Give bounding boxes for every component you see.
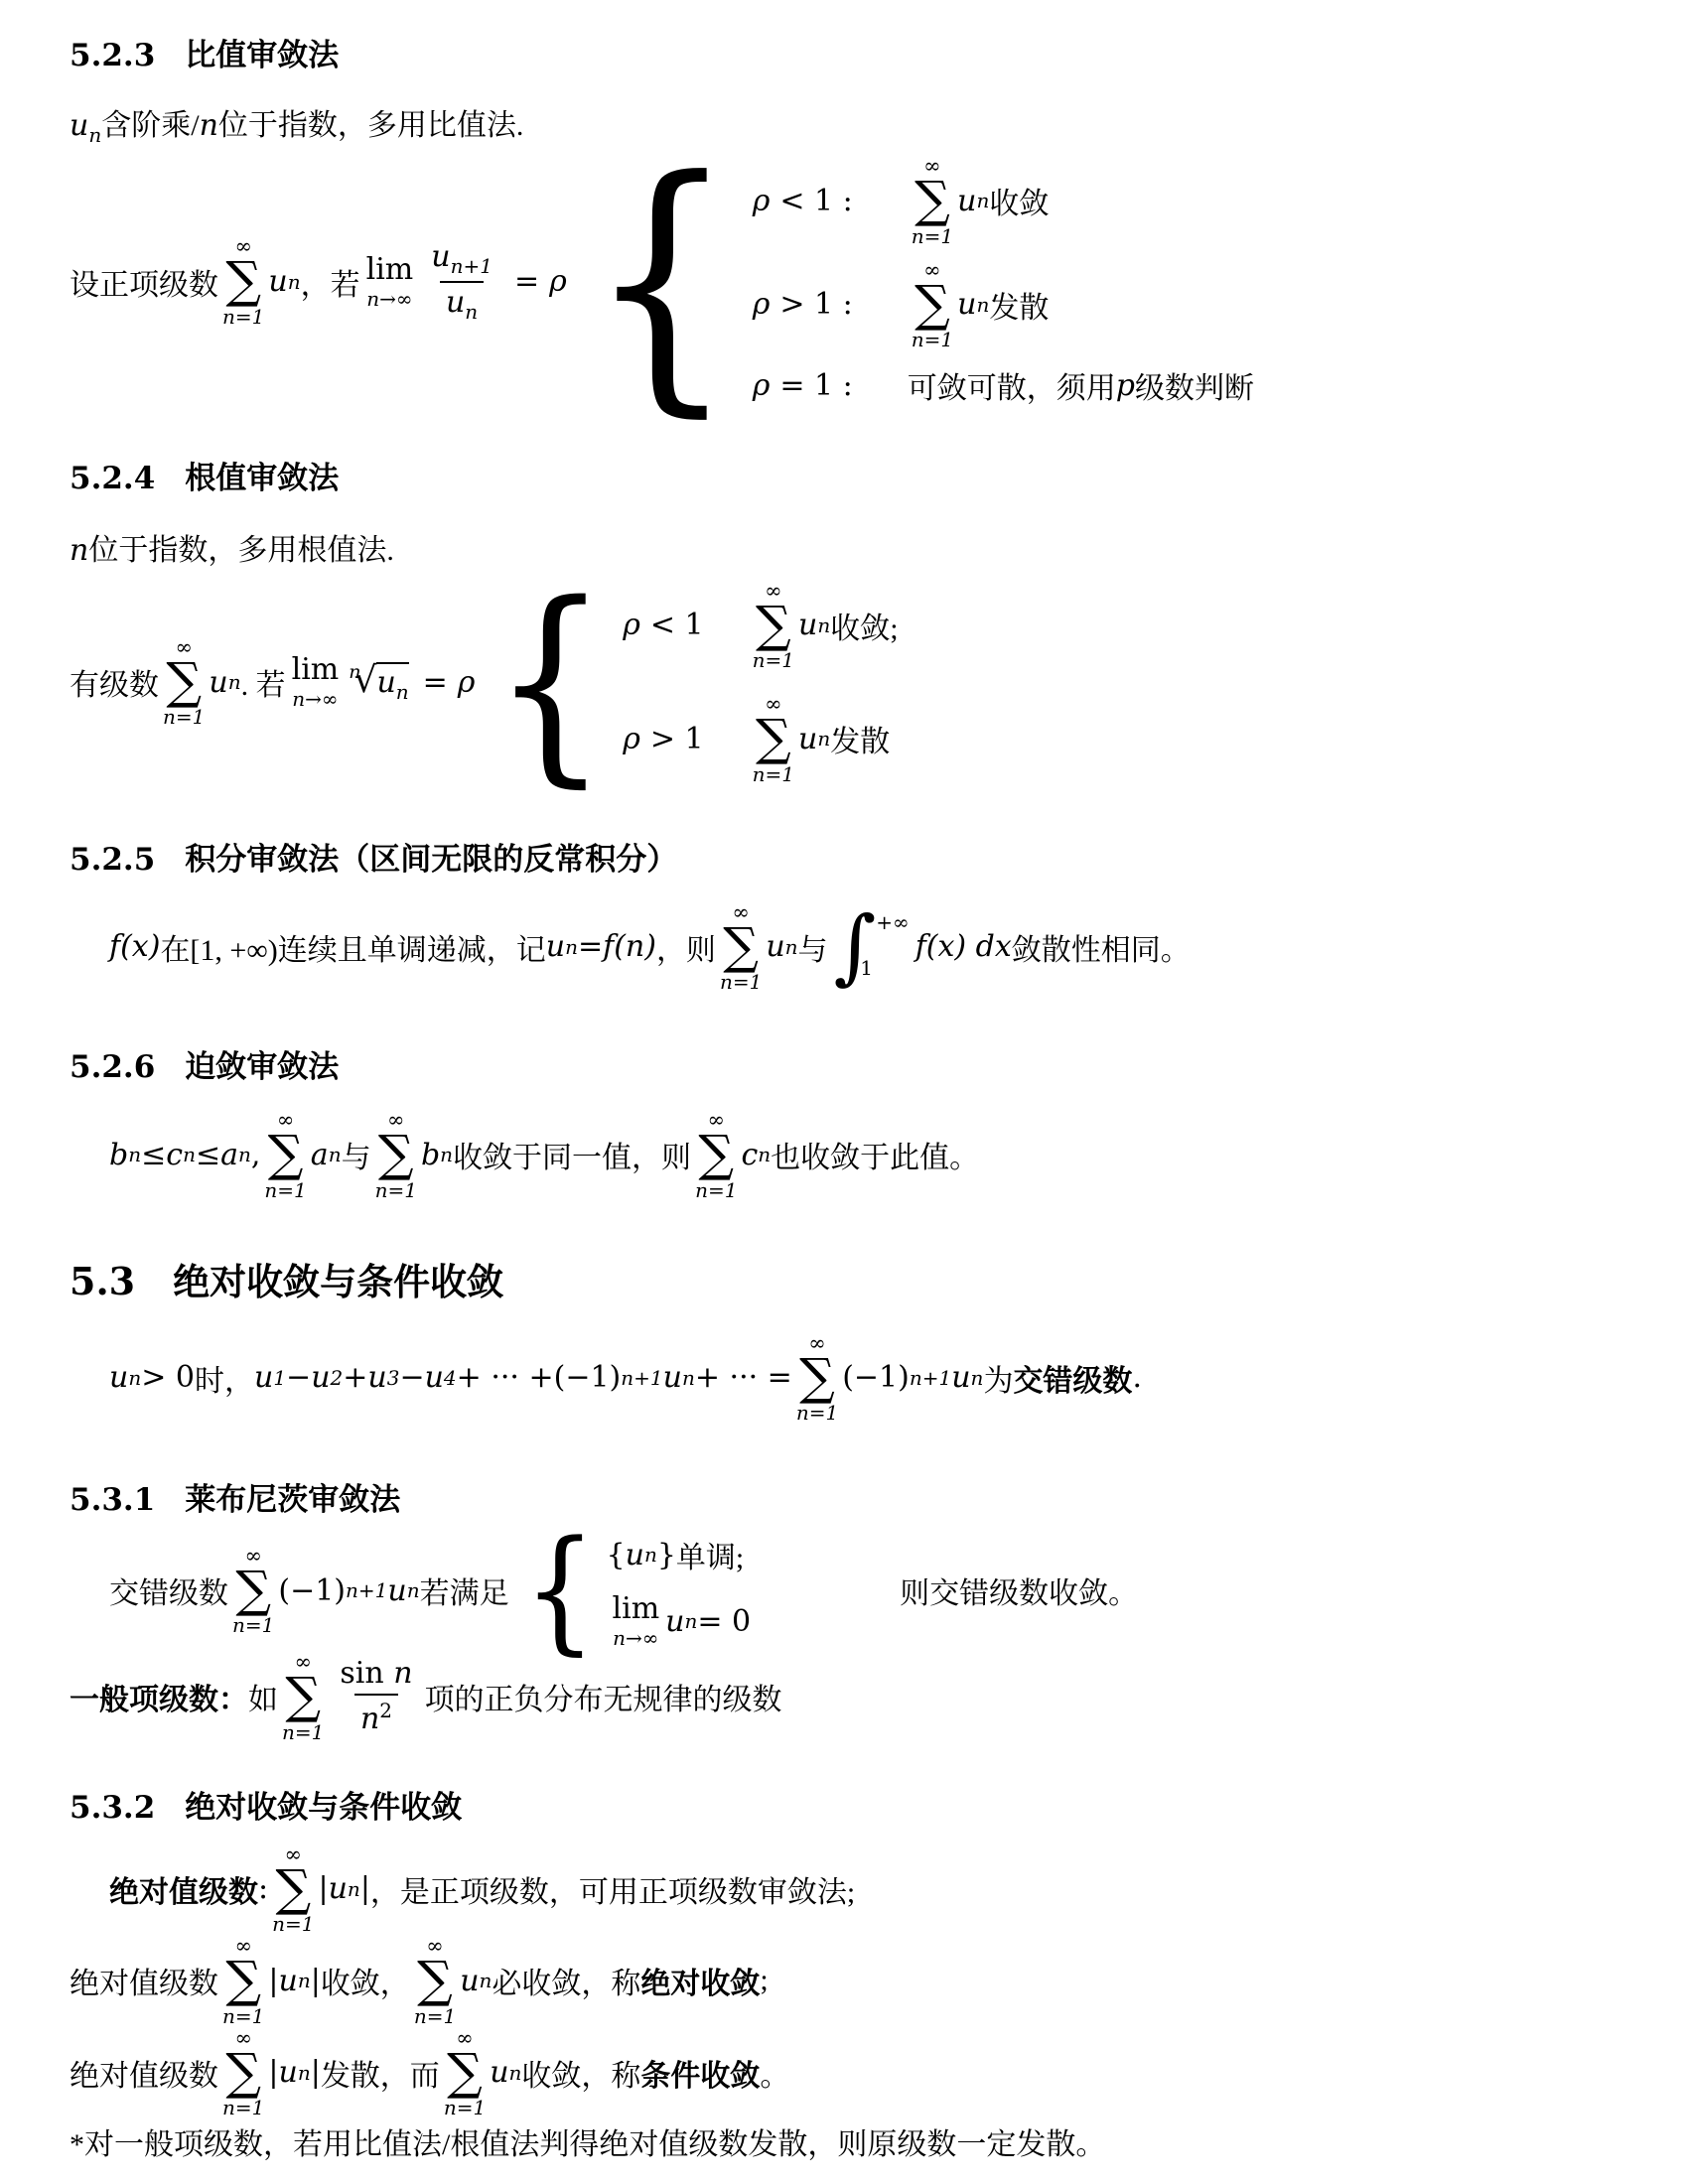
math-var: n: [70, 533, 88, 568]
document-page: 5.2.3 比值审敛法 un含阶乘/n位于指数，多用比值法. 设正项级数 ∞∑n…: [0, 0, 1688, 2184]
math-var: ρ: [623, 722, 640, 756]
math-var: u: [431, 239, 450, 274]
math-paren: (−1): [842, 1360, 910, 1395]
operator: + ··· =: [695, 1360, 792, 1395]
text-segment: 设正项级数: [70, 260, 218, 304]
text-segment: ，则: [656, 925, 716, 969]
text-segment: 含阶乘/: [101, 109, 199, 142]
math-sub: n: [329, 1143, 342, 1166]
absolute-convergence-line: 绝对值级数 ∞∑n=1 |un|收敛， ∞∑n=1 un必收敛，称绝对收敛;: [70, 1936, 1628, 2026]
relation: > 0: [141, 1360, 195, 1395]
sum-lower-limit: n=1: [753, 650, 794, 670]
sigma-symbol: ∑: [756, 715, 791, 762]
text-segment: . 若: [241, 660, 286, 704]
relation: < 1 :: [779, 184, 852, 218]
denominator: un: [440, 281, 484, 322]
math-sub: 4: [444, 1366, 457, 1390]
text-segment: 时，: [195, 1356, 254, 1400]
math-sub: n: [396, 680, 409, 704]
cases-group: { {un}单调; limn→∞ un = 0: [517, 1533, 752, 1648]
case-row: ρ= 1 : 可敛可散，须用p级数判断: [753, 363, 1254, 407]
sigma-symbol: ∑: [447, 2049, 483, 2097]
math-sub: n: [183, 1143, 196, 1166]
summation: ∞∑n=1: [695, 1110, 737, 1200]
text-segment: 为: [983, 1356, 1013, 1400]
sum-lower-limit: n=1: [444, 2098, 486, 2117]
math-paren: (−1): [278, 1573, 346, 1608]
sigma-symbol: ∑: [225, 2049, 261, 2097]
sigma-symbol: ∑: [285, 1673, 321, 1720]
math-var: u: [490, 2055, 508, 2090]
operator: −: [399, 1360, 424, 1395]
heading-title: 迫敛审敛法: [185, 1041, 339, 1086]
case-row: limn→∞ un = 0: [607, 1594, 752, 1648]
heading-title: 绝对收敛与条件收敛: [185, 1782, 462, 1827]
relation: > 1: [650, 722, 704, 756]
lim-label: lim: [366, 255, 414, 285]
heading-number: 5.2.3: [70, 38, 155, 73]
summation: ∞∑n=1: [232, 1546, 274, 1636]
sum-lower-limit: n=1: [232, 1615, 274, 1635]
math-var: f(x) dx: [915, 929, 1012, 964]
math-sub: n: [440, 1143, 453, 1166]
math-sub: n: [348, 1877, 360, 1901]
math-sub: n: [684, 1609, 697, 1633]
equals-sign: =: [578, 929, 603, 964]
case-row: ρ< 1 : ∞∑n=1 un收敛: [753, 156, 1254, 246]
text-segment: 与: [798, 925, 828, 969]
math-var: u: [109, 1360, 128, 1395]
text-segment: 也收敛于此值。: [771, 1133, 979, 1176]
lim-label: lim: [292, 655, 340, 685]
math-sub: n: [565, 935, 578, 959]
numerator: sin n: [334, 1659, 418, 1694]
text-segment: 必收敛，称: [492, 1959, 640, 2002]
lim-subscript: n→∞: [613, 1628, 658, 1648]
sum-lower-limit: n=1: [414, 2006, 456, 2026]
numerator: un+1: [425, 242, 498, 281]
limit: limn→∞: [292, 655, 340, 709]
summation: ∞∑n=1: [282, 1652, 324, 1742]
abs-bar: |: [311, 2055, 321, 2090]
nth-root: n√un: [349, 660, 408, 704]
sum-lower-limit: n=1: [222, 307, 264, 327]
math-var: ρ: [549, 264, 567, 299]
heading-title: 根值审敛法: [185, 453, 339, 497]
relation: ≤: [141, 1138, 166, 1172]
summation: ∞∑n=1: [163, 637, 205, 728]
left-brace: {: [588, 170, 736, 394]
equals-sign: =: [423, 665, 448, 700]
summation: ∞∑n=1: [222, 236, 264, 327]
math-var: ρ: [623, 608, 640, 642]
math-var: u: [626, 1538, 644, 1572]
left-brace: {: [523, 1536, 596, 1646]
general-term-series-line: 一般项级数： 如 ∞∑n=1 sin n n2 项的正负分布无规律的级数: [70, 1652, 1628, 1742]
conditional-convergence-line: 绝对值级数 ∞∑n=1 |un|发散，而 ∞∑n=1 un收敛，称条件收敛。: [70, 2028, 1628, 2118]
math-var: u: [798, 722, 817, 756]
relation: < 1: [650, 608, 704, 642]
math-var: f(n): [603, 929, 656, 964]
text-segment: 收敛，: [321, 1959, 410, 2002]
text-segment: 则交错级数收敛。: [900, 1569, 1138, 1612]
sigma-symbol: ∑: [914, 177, 950, 224]
sigma-symbol: ∑: [378, 1131, 414, 1178]
math-sup: 2: [379, 1699, 392, 1722]
text-segment: 发散: [830, 717, 890, 760]
integral-upper-limit: +∞: [876, 910, 909, 934]
sigma-symbol: ∑: [723, 923, 759, 971]
math-var: u: [376, 665, 395, 700]
summation: ∞∑n=1: [720, 902, 762, 993]
math-sub: n: [228, 670, 241, 694]
text-segment: 交错级数: [109, 1569, 228, 1612]
abs-bar: |: [360, 1871, 370, 1906]
math-sub: n: [817, 614, 830, 637]
sum-lower-limit: n=1: [912, 226, 953, 246]
formula-squeeze-test: bn ≤ cn ≤ an, ∞∑n=1 an与 ∞∑n=1 bn收敛于同一值，则…: [109, 1110, 1628, 1200]
summation: ∞∑n=1: [272, 1844, 314, 1935]
math-sub: n: [976, 189, 989, 212]
text-segment: 在[1, +∞)连续且单调递减，记: [160, 925, 545, 969]
text-segment: ，是正项级数，可用正项级数审敛法;: [370, 1867, 855, 1911]
math-var: f(x): [109, 929, 160, 964]
math-sub: n: [298, 1969, 311, 1992]
sum-lower-limit: n=1: [695, 1180, 737, 1200]
math-sub: n: [480, 1969, 492, 1992]
cases-group: { ρ< 1 : ∞∑n=1 un收敛 ρ> 1 : ∞∑n=1 un发散 ρ=…: [575, 156, 1254, 407]
math-var: u: [665, 1604, 684, 1639]
section-heading-5-2-3: 5.2.3 比值审敛法: [70, 30, 1628, 74]
math-sub: n: [758, 1143, 771, 1166]
heading-number: 5.2.4: [70, 461, 155, 496]
text-segment: 敛散性相同。: [1012, 925, 1191, 969]
sigma-symbol: ∑: [799, 1354, 835, 1402]
section-heading-5-2-5: 5.2.5 积分审敛法（区间无限的反常积分）: [70, 834, 1628, 879]
sum-lower-limit: n=1: [720, 972, 762, 992]
math-sub: n: [128, 1143, 141, 1166]
text-segment: 与: [342, 1133, 371, 1176]
abs-bar: |: [318, 1871, 328, 1906]
bold-term: 一般项级数：: [70, 1675, 248, 1718]
math-var: n: [200, 108, 218, 143]
text-segment: 收敛，称: [521, 2051, 640, 2095]
math-sub: n: [971, 1366, 984, 1390]
sum-lower-limit: n=1: [272, 1914, 314, 1934]
lim-subscript: n→∞: [292, 689, 338, 709]
math-sub: n: [298, 2061, 311, 2085]
math-var: a: [311, 1138, 329, 1172]
case-row: ρ< 1 ∞∑n=1 un收敛;: [623, 581, 898, 671]
sigma-symbol: ∑: [235, 1567, 271, 1614]
math-var: u: [546, 929, 565, 964]
math-var: u: [663, 1360, 682, 1395]
sigma-symbol: ∑: [275, 1865, 311, 1913]
math-fn: sin: [340, 1656, 383, 1691]
math-var: n: [360, 1702, 379, 1736]
fraction: un+1 un: [425, 242, 498, 322]
math-var: u: [425, 1360, 444, 1395]
text-segment: 发散，而: [321, 2051, 440, 2095]
text-segment: .: [1132, 1360, 1142, 1395]
math-var: u: [70, 108, 88, 143]
sum-lower-limit: n=1: [912, 330, 953, 349]
text-segment: 级数判断: [1135, 363, 1254, 407]
sigma-symbol: ∑: [914, 281, 950, 329]
math-var: ρ: [458, 665, 476, 700]
math-var: u: [311, 1360, 330, 1395]
math-var: u: [268, 264, 287, 299]
sigma-symbol: ∑: [166, 658, 202, 706]
summation: ∞∑n=1: [753, 581, 794, 671]
abs-bar: |: [268, 1964, 278, 1998]
lim-subscript: n→∞: [366, 289, 412, 309]
summation: ∞∑n=1: [375, 1110, 417, 1200]
text-segment: 可敛可散，须用: [908, 363, 1116, 407]
text-segment: ,: [251, 1138, 261, 1172]
section-heading-5-3: 5.3 绝对收敛与条件收敛: [70, 1252, 1628, 1305]
text-segment: 有级数: [70, 660, 159, 704]
math-sub: 1: [273, 1366, 286, 1390]
colon: :: [258, 1871, 268, 1906]
text-segment: ;: [760, 1964, 768, 1997]
sigma-symbol: ∑: [698, 1131, 734, 1178]
formula-root-test: 有级数 ∞∑n=1 un . 若 limn→∞ n√un = ρ { ρ< 1 …: [70, 581, 1628, 784]
math-var: u: [278, 2055, 297, 2090]
sum-lower-limit: n=1: [222, 2098, 264, 2117]
sum-lower-limit: n=1: [264, 1180, 306, 1200]
abs-bar: |: [311, 1964, 321, 1998]
summation: ∞∑n=1: [796, 1333, 838, 1424]
text-segment: 位于指数，多用根值法.: [88, 534, 394, 567]
math-sub: n: [465, 300, 478, 324]
math-var: u: [957, 287, 976, 322]
math-var: u: [254, 1360, 273, 1395]
operator: + ··· +: [457, 1360, 554, 1395]
integral: ∫+∞1: [834, 910, 910, 984]
math-var: p: [1116, 368, 1135, 403]
math-sub: n: [88, 123, 101, 147]
math-sub: n: [644, 1543, 657, 1567]
relation: = 0: [697, 1604, 751, 1639]
text-segment: 绝对值级数: [70, 1959, 218, 2002]
math-sub: n: [785, 935, 798, 959]
section-heading-5-3-1: 5.3.1 莱布尼茨审敛法: [70, 1474, 1628, 1519]
sum-lower-limit: n=1: [796, 1403, 838, 1423]
summation: ∞∑n=1: [912, 260, 953, 350]
math-var: u: [367, 1360, 386, 1395]
sigma-symbol: ∑: [268, 1131, 304, 1178]
math-var: ρ: [753, 184, 771, 218]
heading-title: 绝对收敛与条件收敛: [173, 1252, 503, 1305]
math-var: c: [166, 1138, 183, 1172]
text-segment: 如: [248, 1675, 278, 1718]
text-segment: 发散: [989, 283, 1049, 327]
denominator: n2: [354, 1694, 398, 1734]
operator: +: [343, 1360, 367, 1395]
summation: ∞∑n=1: [222, 2028, 264, 2118]
summation: ∞∑n=1: [414, 1936, 456, 2026]
math-sub: n: [288, 270, 301, 294]
formula-alternating-series: un > 0时， u1 − u2 + u3 − u4 + ··· + (−1)n…: [109, 1333, 1628, 1424]
summation: ∞∑n=1: [444, 2028, 486, 2118]
heading-title: 比值审敛法: [185, 30, 339, 74]
text-segment: 若满足: [420, 1569, 509, 1612]
section-heading-5-2-6: 5.2.6 迫敛审敛法: [70, 1041, 1628, 1086]
math-var: ρ: [753, 368, 771, 403]
math-brace: {: [607, 1538, 626, 1572]
math-var: u: [798, 608, 817, 642]
math-sup: n+1: [621, 1366, 662, 1390]
math-sub: n: [238, 1143, 251, 1166]
text-segment: 绝对值级数: [70, 2051, 218, 2095]
math-var: u: [766, 929, 784, 964]
math-var: u: [209, 665, 227, 700]
math-var: u: [957, 184, 976, 218]
equals-sign: =: [514, 264, 539, 299]
footnote-line: *对一般项级数，若用比值法/根值法判得绝对值级数发散，则原级数一定发散。: [70, 2123, 1628, 2167]
sigma-symbol: ∑: [417, 1957, 453, 2004]
lim-label: lim: [613, 1594, 660, 1624]
sigma-symbol: ∑: [756, 602, 791, 649]
sum-lower-limit: n=1: [375, 1180, 417, 1200]
math-var: u: [460, 1964, 479, 1998]
math-sub: n: [817, 727, 830, 751]
left-brace: {: [493, 595, 609, 769]
bold-term: 交错级数: [1013, 1356, 1132, 1400]
formula-leibniz-test: 交错级数 ∞∑n=1 (−1)n+1un 若满足 { {un}单调; limn→…: [109, 1533, 1628, 1648]
text-segment: 单调;: [676, 1533, 744, 1576]
case-row: ρ> 1 : ∞∑n=1 un发散: [753, 260, 1254, 350]
math-sub: 3: [387, 1366, 400, 1390]
relation: = 1 :: [779, 368, 852, 403]
summation: ∞∑n=1: [912, 156, 953, 246]
math-sub: n: [976, 293, 989, 317]
relation: > 1 :: [779, 287, 852, 322]
abs-series-definition-line: 绝对值级数 : ∞∑n=1 |un|，是正项级数，可用正项级数审敛法;: [109, 1844, 1628, 1935]
intro-line-root: n位于指数，多用根值法.: [70, 529, 1628, 573]
formula-integral-test: f(x)在[1, +∞)连续且单调递减，记un = f(n)，则 ∞∑n=1 u…: [109, 902, 1628, 993]
math-var: ρ: [753, 287, 771, 322]
text-segment: 位于指数，多用比值法.: [218, 109, 524, 142]
math-brace: }: [657, 1538, 676, 1572]
limit: limn→∞: [613, 1594, 660, 1648]
math-sub: 2: [331, 1366, 344, 1390]
relation: ≤: [196, 1138, 220, 1172]
heading-number: 5.3: [70, 1259, 135, 1303]
bold-term: 绝对收敛: [640, 1959, 760, 2002]
text-segment: 项的正负分布无规律的级数: [425, 1675, 782, 1718]
sum-lower-limit: n=1: [163, 707, 205, 727]
abs-bar: |: [268, 2055, 278, 2090]
root-index: n: [349, 661, 360, 683]
limit: limn→∞: [366, 255, 414, 309]
math-var: u: [446, 285, 465, 320]
heading-number: 5.2.5: [70, 842, 155, 878]
formula-ratio-test: 设正项级数 ∞∑n=1 un ，若 limn→∞ un+1 un = ρ { ρ…: [70, 156, 1628, 407]
heading-number: 5.2.6: [70, 1049, 155, 1085]
heading-number: 5.3.2: [70, 1790, 155, 1826]
math-sub: n: [682, 1366, 695, 1390]
math-var: n: [393, 1656, 412, 1691]
math-var: b: [109, 1138, 128, 1172]
text-segment: ，若: [301, 260, 360, 304]
cases-group: { ρ< 1 ∞∑n=1 un收敛; ρ> 1 ∞∑n=1 un发散: [483, 581, 898, 784]
summation: ∞∑n=1: [264, 1110, 306, 1200]
math-sub: n: [407, 1578, 420, 1602]
sum-lower-limit: n=1: [282, 1722, 324, 1742]
math-sub: n+1: [451, 254, 492, 278]
math-sub: n: [509, 2061, 522, 2085]
text-segment: 收敛于同一值，则: [453, 1133, 691, 1176]
heading-title: 积分审敛法（区间无限的反常积分）: [185, 834, 677, 879]
sigma-symbol: ∑: [225, 257, 261, 305]
math-var: u: [329, 1871, 348, 1906]
integral-lower-limit: 1: [860, 956, 909, 980]
math-var: u: [387, 1573, 406, 1608]
text-segment: *对一般项级数，若用比值法/根值法判得绝对值级数发散，则原级数一定发散。: [70, 2128, 1105, 2161]
text-segment: 收敛;: [830, 604, 898, 647]
section-heading-5-3-2: 5.3.2 绝对收敛与条件收敛: [70, 1782, 1628, 1827]
math-sup: n+1: [910, 1366, 951, 1390]
text-segment: 收敛: [989, 179, 1049, 222]
text-segment: 。: [760, 2051, 789, 2095]
heading-number: 5.3.1: [70, 1482, 155, 1518]
math-sub: n: [128, 1366, 141, 1390]
operator: −: [286, 1360, 311, 1395]
math-var: c: [741, 1138, 758, 1172]
section-heading-5-2-4: 5.2.4 根值审敛法: [70, 453, 1628, 497]
summation: ∞∑n=1: [753, 694, 794, 784]
heading-title: 莱布尼茨审敛法: [185, 1474, 400, 1519]
math-paren: (−1): [554, 1360, 622, 1395]
summation: ∞∑n=1: [222, 1936, 264, 2026]
bold-term: 绝对值级数: [109, 1867, 258, 1911]
case-row: {un}单调;: [607, 1533, 752, 1576]
bold-term: 条件收敛: [640, 2051, 760, 2095]
math-var: b: [421, 1138, 440, 1172]
math-var: u: [278, 1964, 297, 1998]
sum-lower-limit: n=1: [222, 2006, 264, 2026]
case-row: ρ> 1 ∞∑n=1 un发散: [623, 694, 898, 784]
radicand: un: [376, 662, 408, 704]
math-var: a: [220, 1138, 238, 1172]
math-sup: n+1: [346, 1578, 387, 1602]
math-var: u: [951, 1360, 970, 1395]
sigma-symbol: ∑: [225, 1957, 261, 2004]
sum-lower-limit: n=1: [753, 764, 794, 784]
fraction: sin n n2: [334, 1659, 418, 1734]
intro-line-ratio: un含阶乘/n位于指数，多用比值法.: [70, 104, 1628, 150]
